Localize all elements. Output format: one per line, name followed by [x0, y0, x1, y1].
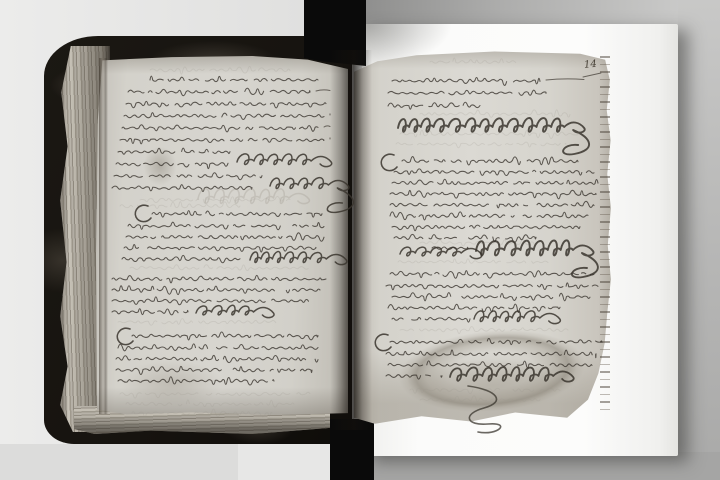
- handwriting-stroke: [388, 90, 546, 95]
- handwriting-stroke: [116, 355, 318, 362]
- handwriting-stroke: [114, 173, 262, 180]
- handwriting-stroke: [381, 154, 397, 170]
- handwriting-stroke: [118, 148, 230, 154]
- handwriting-stroke: [118, 319, 280, 326]
- handwriting-stroke: [420, 110, 570, 117]
- handwriting-stroke: [324, 126, 330, 127]
- handwriting-stroke: [120, 138, 324, 143]
- handwriting-stroke: [392, 293, 590, 301]
- handwriting-stroke: [386, 350, 596, 358]
- handwriting-stroke: [400, 327, 572, 334]
- handwriting-stroke: [270, 178, 353, 213]
- handwriting-stroke: [126, 101, 326, 108]
- handwriting-stroke: [118, 377, 274, 385]
- handwriting-stroke: [124, 244, 316, 252]
- handwriting-stroke: [390, 190, 596, 199]
- handwriting-stroke: [132, 332, 318, 340]
- handwriting-stroke: [392, 225, 580, 231]
- handwriting-stroke: [388, 361, 592, 368]
- handwriting-stroke: [118, 344, 318, 351]
- manuscript-scan-scene: 14: [0, 0, 720, 480]
- handwriting-stroke: [375, 334, 391, 350]
- handwriting-stroke: [394, 169, 594, 176]
- handwriting-stroke: [468, 386, 501, 433]
- handwriting-stroke: [128, 222, 324, 230]
- handwriting-stroke: [117, 328, 133, 344]
- handwriting-stroke: [122, 125, 318, 132]
- handwriting-stroke: [196, 305, 274, 317]
- handwriting-stroke: [122, 255, 240, 262]
- handwriting-stroke: [394, 234, 536, 242]
- handwriting-stroke: [386, 283, 598, 290]
- handwriting-stroke: [150, 76, 318, 81]
- handwriting-stroke: [386, 375, 442, 379]
- handwriting-stroke: [392, 317, 470, 322]
- handwriting-stroke: [128, 88, 310, 95]
- handwriting-stroke: [116, 366, 312, 374]
- handwriting-stroke: [112, 286, 320, 295]
- handwriting-stroke: [112, 309, 188, 315]
- handwriting-stroke: [390, 338, 602, 344]
- handwriting-stroke: [420, 396, 540, 402]
- handwriting-svg: [0, 0, 720, 480]
- handwriting-stroke: [250, 252, 347, 265]
- handwriting-stroke: [130, 265, 315, 271]
- handwriting-stroke: [474, 311, 560, 324]
- handwriting-stroke: [316, 90, 330, 91]
- handwriting-stroke: [430, 58, 521, 63]
- handwriting-stroke: [450, 367, 574, 382]
- handwriting-stroke: [120, 392, 310, 398]
- page-number: 14: [584, 58, 605, 71]
- handwriting-stroke: [116, 162, 228, 168]
- handwriting-stroke: [198, 189, 309, 204]
- handwriting-stroke: [546, 79, 584, 80]
- handwriting-stroke: [390, 271, 594, 279]
- handwriting-stroke: [150, 66, 290, 74]
- handwriting-stroke: [237, 154, 332, 167]
- handwriting-stroke: [152, 211, 322, 218]
- handwriting-stroke: [583, 73, 601, 77]
- handwriting-stroke: [126, 233, 324, 241]
- handwriting-stroke: [402, 157, 578, 165]
- handwriting-stroke: [398, 118, 589, 154]
- handwriting-stroke: [112, 275, 326, 282]
- handwriting-stroke: [392, 77, 540, 85]
- handwriting-stroke: [390, 201, 594, 208]
- handwriting-stroke: [135, 205, 151, 221]
- handwriting-stroke: [126, 400, 294, 407]
- handwriting-stroke: [396, 142, 566, 148]
- handwriting-stroke: [392, 179, 598, 184]
- handwriting-stroke: [398, 259, 548, 264]
- handwriting-stroke: [388, 102, 480, 109]
- handwriting-stroke: [400, 247, 482, 258]
- handwriting-stroke: [390, 212, 588, 220]
- handwriting-stroke: [132, 409, 272, 417]
- handwriting-stroke: [112, 297, 315, 305]
- handwriting-stroke: [124, 113, 324, 120]
